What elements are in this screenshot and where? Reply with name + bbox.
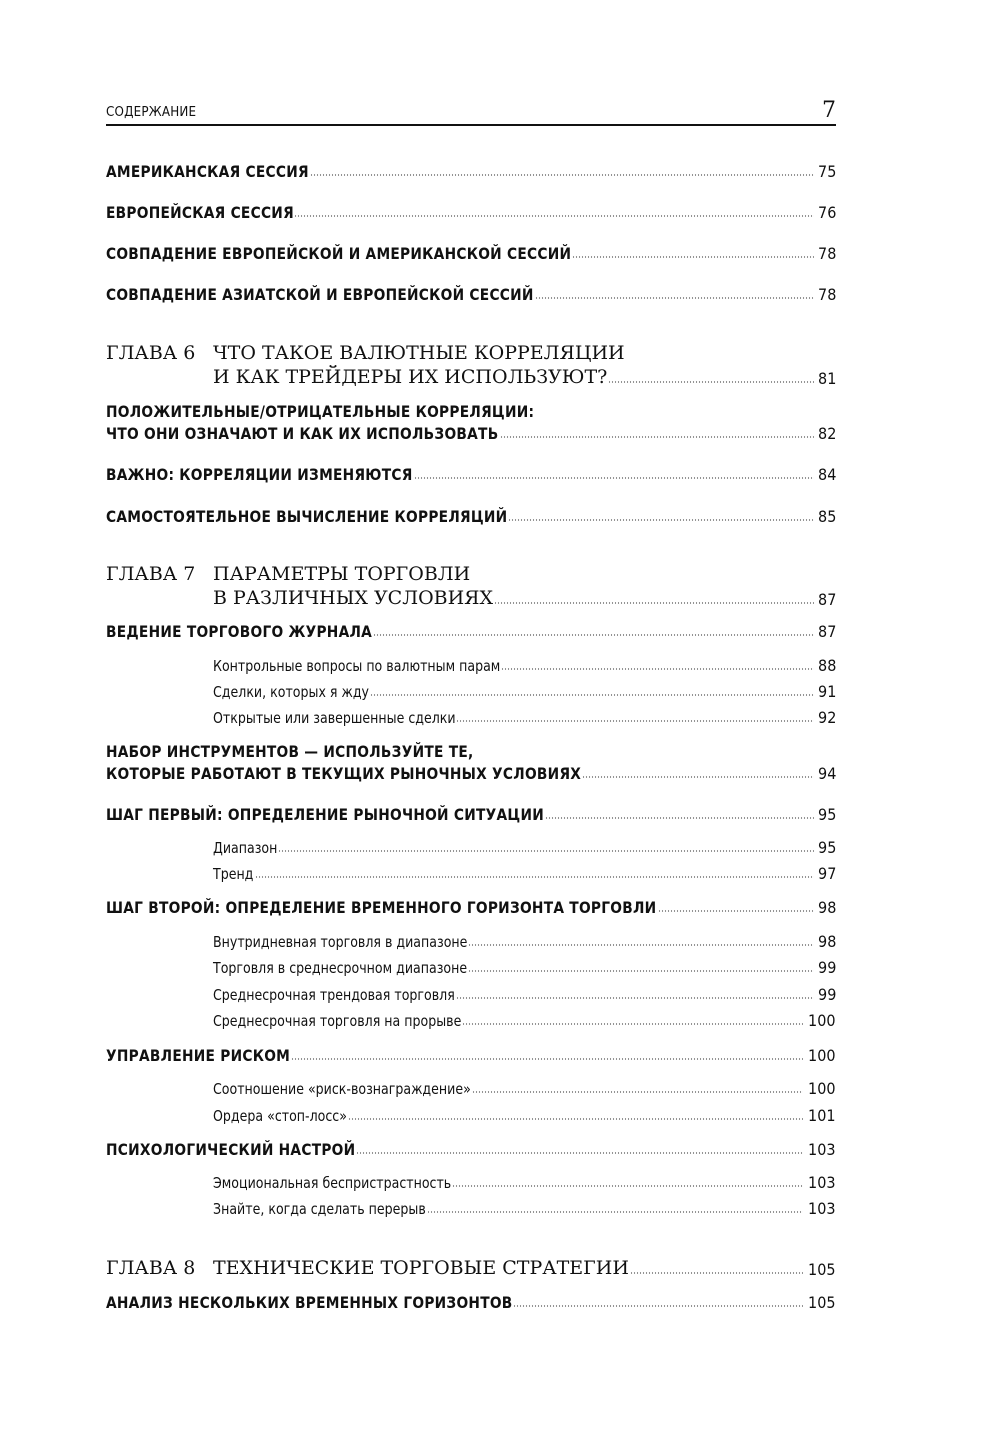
- leader-dots: [370, 694, 814, 696]
- leader-dots: [456, 997, 814, 999]
- toc-entry-trading-journal[interactable]: ВЕДЕНИЕ ТОРГОВОГО ЖУРНАЛА 87: [106, 622, 836, 641]
- entry-page: 87: [818, 590, 836, 609]
- entry-title: Внутридневная торговля в диапазоне: [213, 933, 467, 951]
- entry-title: ВЕДЕНИЕ ТОРГОВОГО ЖУРНАЛА: [106, 622, 372, 641]
- entry-page: 82: [818, 424, 836, 443]
- leader-dots: [452, 1185, 804, 1187]
- entry-page: 100: [809, 1079, 836, 1098]
- toc-page: СОДЕРЖАНИЕ 7 АМЕРИКАНСКАЯ СЕССИЯ 75 ЕВРО…: [0, 0, 1000, 1441]
- chapter-7-title-line1: ПАРАМЕТРЫ ТОРГОВЛИ: [213, 563, 470, 585]
- entry-page: 81: [818, 369, 836, 388]
- entry-title: Среднесрочная трендовая торговля: [213, 986, 455, 1004]
- leader-dots: [582, 776, 814, 778]
- chapter-7-label: ГЛАВА 7: [106, 563, 195, 585]
- entry-page: 95: [818, 838, 836, 857]
- chapter-6-label: ГЛАВА 6: [106, 342, 195, 364]
- toc-subentry[interactable]: Среднесрочная торговля на прорыве 100: [213, 1011, 836, 1030]
- toc-entry-step-one[interactable]: ШАГ ПЕРВЫЙ: ОПРЕДЕЛЕНИЕ РЫНОЧНОЙ СИТУАЦИ…: [106, 805, 836, 824]
- leader-dots: [513, 1305, 803, 1307]
- leader-dots: [278, 850, 814, 852]
- leader-dots: [472, 1091, 804, 1093]
- entry-page: 99: [818, 958, 836, 977]
- toc-subentry[interactable]: Среднесрочная трендовая торговля 99: [213, 985, 836, 1004]
- toc-entry-calculating-correlations[interactable]: САМОСТОЯТЕЛЬНОЕ ВЫЧИСЛЕНИЕ КОРРЕЛЯЦИЙ 85: [106, 507, 836, 526]
- entry-title: Эмоциональная беспристрастность: [213, 1174, 451, 1192]
- entry-page: 97: [818, 864, 836, 883]
- leader-dots: [535, 297, 814, 299]
- leader-dots: [427, 1211, 803, 1213]
- leader-dots: [456, 720, 813, 722]
- toc-entry-american-session[interactable]: АМЕРИКАНСКАЯ СЕССИЯ 75: [106, 162, 836, 181]
- entry-page: 103: [809, 1173, 836, 1192]
- leader-dots: [255, 876, 814, 878]
- entry-page: 78: [818, 244, 836, 263]
- entry-title: Соотношение «риск-вознаграждение»: [213, 1080, 471, 1098]
- toc-entry-psychology[interactable]: ПСИХОЛОГИЧЕСКИЙ НАСТРОЙ 103: [106, 1140, 836, 1159]
- toc-entry-step-two[interactable]: ШАГ ВТОРОЙ: ОПРЕДЕЛЕНИЕ ВРЕМЕННОГО ГОРИЗ…: [106, 898, 836, 917]
- toc-subentry[interactable]: Тренд 97: [213, 864, 836, 883]
- entry-title: ЧТО ОНИ ОЗНАЧАЮТ И КАК ИХ ИСПОЛЬЗОВАТЬ: [106, 424, 498, 443]
- leader-dots: [373, 634, 813, 636]
- toc-entry-pos-neg-correlations[interactable]: ЧТО ОНИ ОЗНАЧАЮТ И КАК ИХ ИСПОЛЬЗОВАТЬ 8…: [106, 424, 836, 443]
- toc-entry-chapter-6[interactable]: И КАК ТРЕЙДЕРЫ ИХ ИСПОЛЬЗУЮТ? 81: [213, 366, 836, 388]
- leader-dots: [545, 817, 813, 819]
- leader-dots: [508, 519, 813, 521]
- leader-dots: [414, 477, 814, 479]
- entry-title: СОВПАДЕНИЕ ЕВРОПЕЙСКОЙ И АМЕРИКАНСКОЙ СЕ…: [106, 244, 571, 263]
- entry-title: Контрольные вопросы по валютным парам: [213, 657, 500, 675]
- entry-title: ТЕХНИЧЕСКИЕ ТОРГОВЫЕ СТРАТЕГИИ: [213, 1257, 629, 1279]
- entry-page: 91: [818, 682, 836, 701]
- entry-page: 105: [809, 1293, 836, 1312]
- toc-entry-risk-management[interactable]: УПРАВЛЕНИЕ РИСКОМ 100: [106, 1046, 836, 1065]
- toc-subentry[interactable]: Торговля в среднесрочном диапазоне 99: [213, 958, 836, 977]
- entry-title: Среднесрочная торговля на прорыве: [213, 1012, 461, 1030]
- header-title: СОДЕРЖАНИЕ: [106, 105, 196, 120]
- entry-page: 88: [818, 656, 836, 675]
- entry-page: 84: [818, 465, 836, 484]
- entry-page: 85: [818, 507, 836, 526]
- leader-dots: [356, 1152, 803, 1154]
- chapter-8-label: ГЛАВА 8: [106, 1257, 195, 1279]
- toc-entry-european-session[interactable]: ЕВРОПЕЙСКАЯ СЕССИЯ 76: [106, 203, 836, 222]
- section-correlations-title-line1: ПОЛОЖИТЕЛЬНЫЕ/ОТРИЦАТЕЛЬНЫЕ КОРРЕЛЯЦИИ:: [106, 402, 534, 421]
- entry-page: 87: [818, 622, 836, 641]
- toc-subentry[interactable]: Диапазон 95: [213, 838, 836, 857]
- entry-title: Сделки, которых я жду: [213, 683, 369, 701]
- entry-title: Знайте, когда сделать перерыв: [213, 1200, 426, 1218]
- toc-subentry[interactable]: Ордера «стоп-лосс» 101: [213, 1106, 836, 1125]
- section-toolkit-title-line1: НАБОР ИНСТРУМЕНТОВ — ИСПОЛЬЗУЙТЕ ТЕ,: [106, 742, 474, 761]
- entry-page: 99: [818, 985, 836, 1004]
- entry-title: ВАЖНО: КОРРЕЛЯЦИИ ИЗМЕНЯЮТСЯ: [106, 465, 413, 484]
- entry-title: Тренд: [213, 865, 253, 883]
- running-header: СОДЕРЖАНИЕ 7: [106, 96, 836, 126]
- header-page-number: 7: [822, 98, 836, 123]
- toc-subentry[interactable]: Сделки, которых я жду 91: [213, 682, 836, 701]
- toc-subentry[interactable]: Внутридневная торговля в диапазоне 98: [213, 932, 836, 951]
- entry-title: САМОСТОЯТЕЛЬНОЕ ВЫЧИСЛЕНИЕ КОРРЕЛЯЦИЙ: [106, 507, 507, 526]
- leader-dots: [494, 602, 814, 604]
- entry-title: АНАЛИЗ НЕСКОЛЬКИХ ВРЕМЕННЫХ ГОРИЗОНТОВ: [106, 1293, 513, 1312]
- leader-dots: [294, 215, 813, 217]
- entry-page: 100: [809, 1011, 836, 1030]
- toc-subentry[interactable]: Эмоциональная беспристрастность 103: [213, 1173, 836, 1192]
- entry-page: 95: [818, 805, 836, 824]
- leader-dots: [468, 970, 814, 972]
- leader-dots: [462, 1023, 803, 1025]
- toc-entry-chapter-8[interactable]: ТЕХНИЧЕСКИЕ ТОРГОВЫЕ СТРАТЕГИИ 105: [213, 1257, 836, 1279]
- entry-title: Ордера «стоп-лосс»: [213, 1107, 347, 1125]
- entry-page: 92: [818, 708, 836, 727]
- entry-page: 78: [818, 285, 836, 304]
- toc-entry-multiple-timeframes[interactable]: АНАЛИЗ НЕСКОЛЬКИХ ВРЕМЕННЫХ ГОРИЗОНТОВ 1…: [106, 1293, 836, 1312]
- entry-page: 105: [809, 1260, 836, 1279]
- entry-title: Открытые или завершенные сделки: [213, 709, 456, 727]
- toc-entry-correlations-change[interactable]: ВАЖНО: КОРРЕЛЯЦИИ ИЗМЕНЯЮТСЯ 84: [106, 465, 836, 484]
- toc-entry-eu-us-overlap[interactable]: СОВПАДЕНИЕ ЕВРОПЕЙСКОЙ И АМЕРИКАНСКОЙ СЕ…: [106, 244, 836, 263]
- entry-page: 76: [818, 203, 836, 222]
- entry-title: СОВПАДЕНИЕ АЗИАТСКОЙ И ЕВРОПЕЙСКОЙ СЕССИ…: [106, 285, 534, 304]
- leader-dots: [500, 436, 814, 438]
- entry-title: Диапазон: [213, 839, 277, 857]
- toc-entry-chapter-7[interactable]: В РАЗЛИЧНЫХ УСЛОВИЯХ 87: [213, 587, 836, 609]
- leader-dots: [310, 174, 814, 176]
- entry-page: 98: [818, 898, 836, 917]
- entry-title: В РАЗЛИЧНЫХ УСЛОВИЯХ: [213, 587, 493, 609]
- entry-page: 101: [809, 1106, 836, 1125]
- entry-title: ШАГ ПЕРВЫЙ: ОПРЕДЕЛЕНИЕ РЫНОЧНОЙ СИТУАЦИ…: [106, 805, 544, 824]
- leader-dots: [608, 381, 813, 383]
- entry-page: 100: [809, 1046, 836, 1065]
- entry-page: 75: [818, 162, 836, 181]
- chapter-6-title-line1: ЧТО ТАКОЕ ВАЛЮТНЫЕ КОРРЕЛЯЦИИ: [213, 342, 625, 364]
- entry-page: 94: [818, 764, 836, 783]
- entry-title: КОТОРЫЕ РАБОТАЮТ В ТЕКУЩИХ РЫНОЧНЫХ УСЛО…: [106, 764, 581, 783]
- leader-dots: [291, 1058, 803, 1060]
- leader-dots: [501, 668, 813, 670]
- leader-dots: [468, 944, 813, 946]
- entry-title: И КАК ТРЕЙДЕРЫ ИХ ИСПОЛЬЗУЮТ?: [213, 366, 607, 388]
- toc-entry-asia-eu-overlap[interactable]: СОВПАДЕНИЕ АЗИАТСКОЙ И ЕВРОПЕЙСКОЙ СЕССИ…: [106, 285, 836, 304]
- toc-subentry[interactable]: Контрольные вопросы по валютным парам 88: [213, 656, 836, 675]
- leader-dots: [630, 1272, 804, 1274]
- leader-dots: [572, 256, 813, 258]
- entry-title: Торговля в среднесрочном диапазоне: [213, 959, 467, 977]
- leader-dots: [658, 910, 814, 912]
- entry-title: УПРАВЛЕНИЕ РИСКОМ: [106, 1046, 290, 1065]
- entry-title: ЕВРОПЕЙСКАЯ СЕССИЯ: [106, 203, 294, 222]
- entry-title: ШАГ ВТОРОЙ: ОПРЕДЕЛЕНИЕ ВРЕМЕННОГО ГОРИЗ…: [106, 898, 656, 917]
- toc-subentry[interactable]: Соотношение «риск-вознаграждение» 100: [213, 1079, 836, 1098]
- entry-page: 103: [809, 1140, 836, 1159]
- toc-subentry[interactable]: Открытые или завершенные сделки 92: [213, 708, 836, 727]
- entry-title: ПСИХОЛОГИЧЕСКИЙ НАСТРОЙ: [106, 1140, 355, 1159]
- toc-entry-toolkit[interactable]: КОТОРЫЕ РАБОТАЮТ В ТЕКУЩИХ РЫНОЧНЫХ УСЛО…: [106, 764, 836, 783]
- leader-dots: [348, 1118, 803, 1120]
- toc-subentry[interactable]: Знайте, когда сделать перерыв 103: [213, 1199, 836, 1218]
- entry-page: 98: [818, 932, 836, 951]
- entry-page: 103: [809, 1199, 836, 1218]
- entry-title: АМЕРИКАНСКАЯ СЕССИЯ: [106, 162, 309, 181]
